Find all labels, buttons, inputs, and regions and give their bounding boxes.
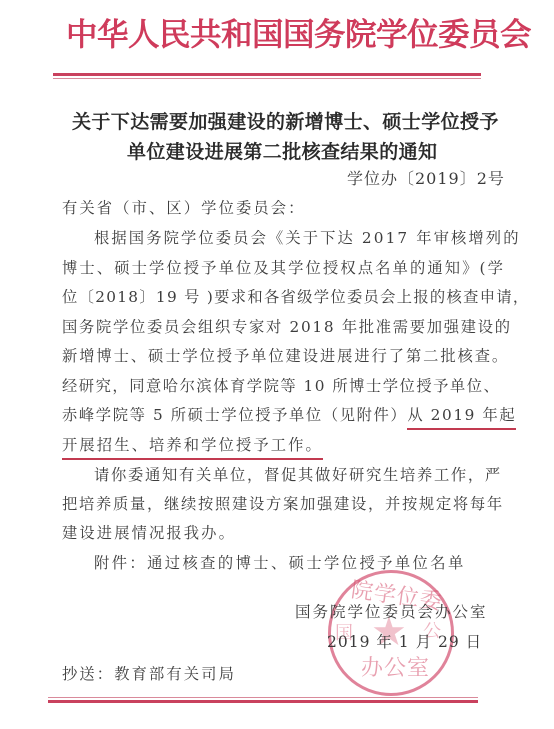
paragraph1-line-7: 赤峰学院等 5 所硕士学位授予单位（见附件）从 2019 年起	[62, 403, 516, 425]
cc-line: 抄送：教育部有关司局	[62, 662, 236, 684]
seal-bottom-text: 办公室	[361, 651, 430, 682]
paragraph1-line: 国务院学位委员会组织专家对 2018 年批准需要加强建设的	[62, 315, 512, 337]
notice-title-line-2: 单位建设进展第二批核查结果的通知	[127, 137, 437, 164]
paragraph2-line: 建设进展情况报我办。	[62, 521, 236, 543]
notice-title-line-1: 关于下达需要加强建设的新增博士、硕士学位授予	[72, 107, 499, 134]
paragraph1-line: 博士、硕士学位授予单位及其学位授权点名单的通知》(学	[62, 256, 505, 278]
paragraph1-line: 新增博士、硕士学位授予单位建设进展进行了第二批核查。	[62, 344, 509, 366]
paragraph1-line-7-plain: 赤峰学院等 5 所硕士学位授予单位（见附件）	[62, 406, 407, 424]
divider-thin-line	[53, 78, 481, 79]
issue-date: 2019 年 1 月 29 日	[327, 630, 482, 652]
underlined-work-scope: 开展招生、培养和学位授予工作。	[62, 436, 323, 460]
issuer-signature: 国务院学位委员会办公室	[295, 600, 488, 622]
underlined-start-date: 从 2019 年起	[407, 406, 516, 430]
salutation: 有关省（市、区）学位委员会：	[62, 196, 306, 218]
document-number: 学位办〔2019〕2号	[347, 166, 505, 189]
paragraph1-line: 经研究，同意哈尔滨体育学院等 10 所博士学位授予单位、	[62, 374, 500, 396]
paragraph2-line: 把培养质量，继续按照建设方案加强建设，并按规定将每年	[62, 492, 504, 514]
letterhead-divider	[53, 73, 481, 79]
paragraph1-line: 位〔2018〕19 号 )要求和各省级学位委员会上报的核查申请，	[62, 285, 530, 307]
divider-thick-line	[48, 700, 478, 703]
footer-divider	[48, 697, 478, 703]
attachment-note: 附件：通过核查的博士、硕士学位授予单位名单	[94, 551, 466, 573]
paragraph1-line-8: 开展招生、培养和学位授予工作。	[56, 433, 323, 455]
paragraph1-line: 根据国务院学位委员会《关于下达 2017 年审核增列的	[94, 226, 521, 248]
divider-thin-line	[48, 697, 478, 698]
paragraph2-line: 请你委通知有关单位，督促其做好研究生培养工作，严	[94, 463, 502, 485]
letterhead-title: 中华人民共和国国务院学位委员会	[66, 10, 531, 55]
divider-thick-line	[53, 73, 481, 76]
